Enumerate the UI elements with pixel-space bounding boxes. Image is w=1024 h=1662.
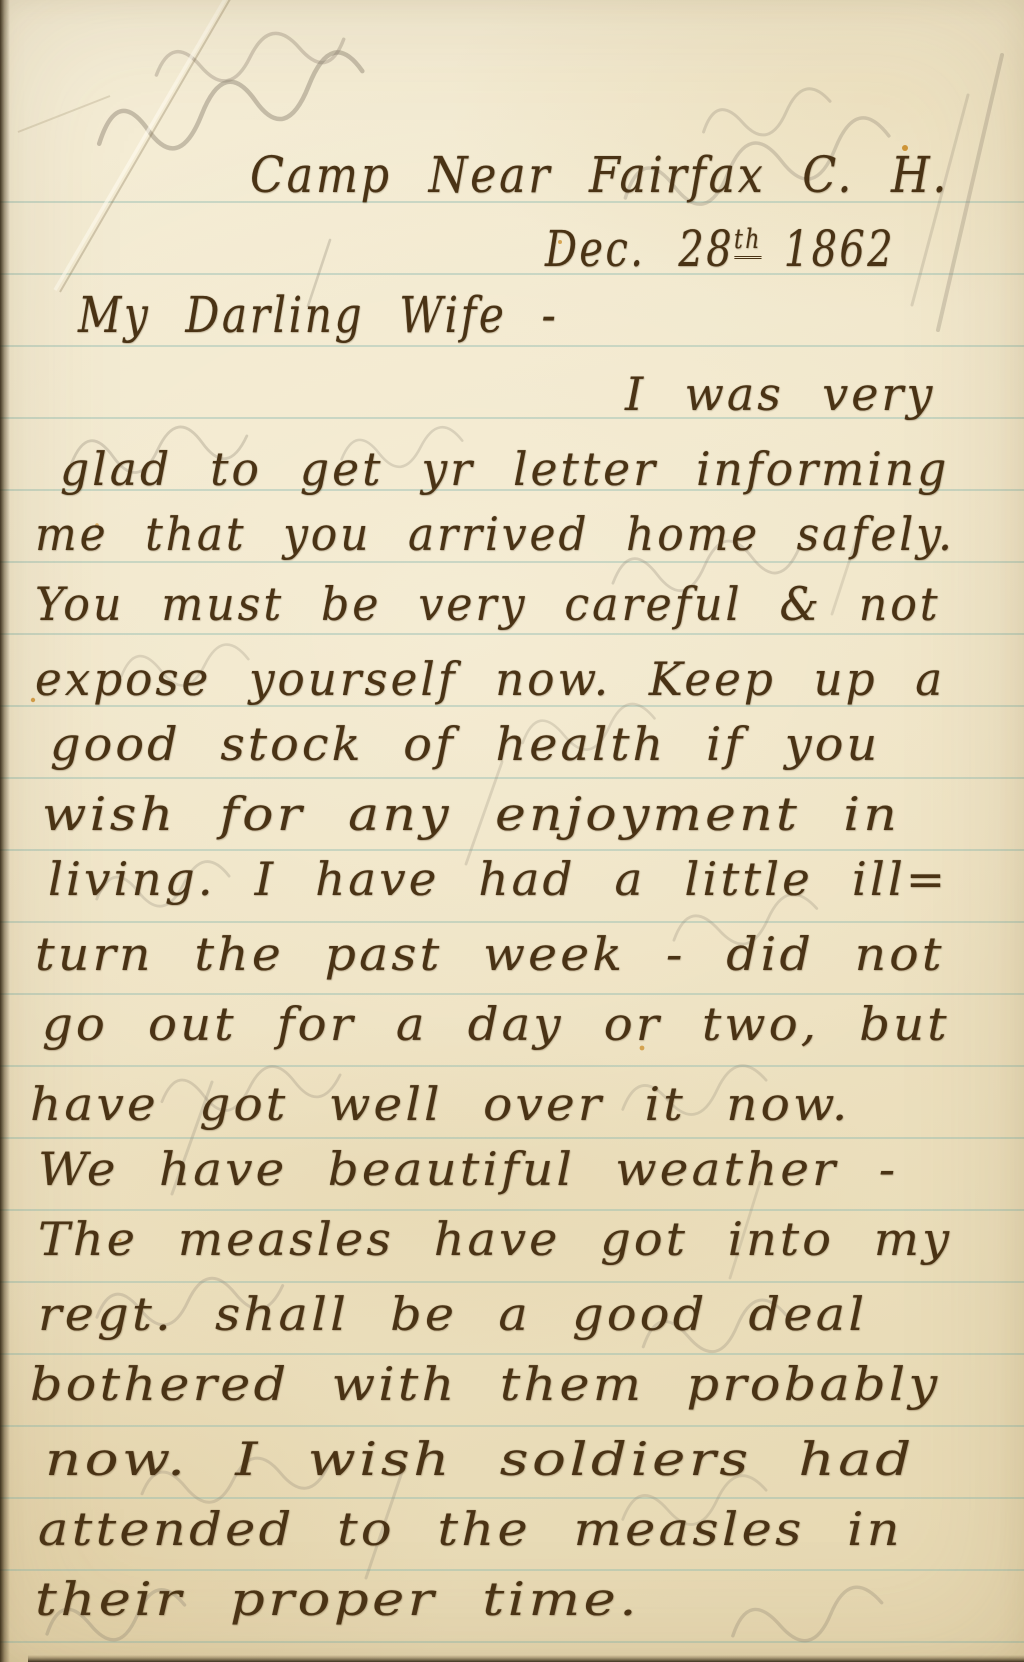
body-line: I was very	[625, 370, 935, 420]
body-line: glad to get yr letter informing	[60, 445, 949, 495]
body-line: You must be very careful & not	[35, 580, 941, 630]
letter-page: { "document": { "kind": "handwritten-let…	[0, 0, 1024, 1662]
body-line: go out for a day or two, but	[42, 1000, 950, 1050]
body-line: bothered with them probably	[30, 1360, 940, 1410]
body-line: expose yourself now. Keep up a	[35, 655, 945, 705]
body-line: their proper time.	[35, 1575, 640, 1625]
date-superscript: th	[734, 223, 762, 259]
body-line: good stock of health if you	[50, 720, 880, 770]
body-line: now. I wish soldiers had	[45, 1435, 915, 1485]
place-line: Camp Near Fairfax C. H.	[250, 148, 949, 202]
body-line: turn the past week - did not	[35, 930, 945, 980]
page-edge-left	[0, 0, 10, 1662]
body-line: We have beautiful weather -	[38, 1145, 898, 1195]
body-line: have got well over it now.	[30, 1080, 851, 1130]
date-prefix: Dec. 28	[545, 220, 734, 278]
date-line: Dec. 28th1862	[545, 222, 895, 276]
body-line: living. I have had a little ill=	[48, 855, 948, 905]
page-edge-bottom	[28, 1655, 1024, 1662]
body-line: wish for any enjoyment in	[42, 790, 900, 840]
body-line: regt. shall be a good deal	[38, 1290, 867, 1340]
letter-body: Dec. 28th1862 Camp Near Fairfax C. H.My …	[0, 0, 1024, 1662]
body-line: me that you arrived home safely.	[35, 510, 955, 560]
date-year: 1862	[784, 220, 895, 278]
body-line: The measles have got into my	[38, 1215, 952, 1265]
salutation: My Darling Wife -	[78, 288, 558, 342]
body-line: attended to the measles in	[38, 1505, 903, 1555]
